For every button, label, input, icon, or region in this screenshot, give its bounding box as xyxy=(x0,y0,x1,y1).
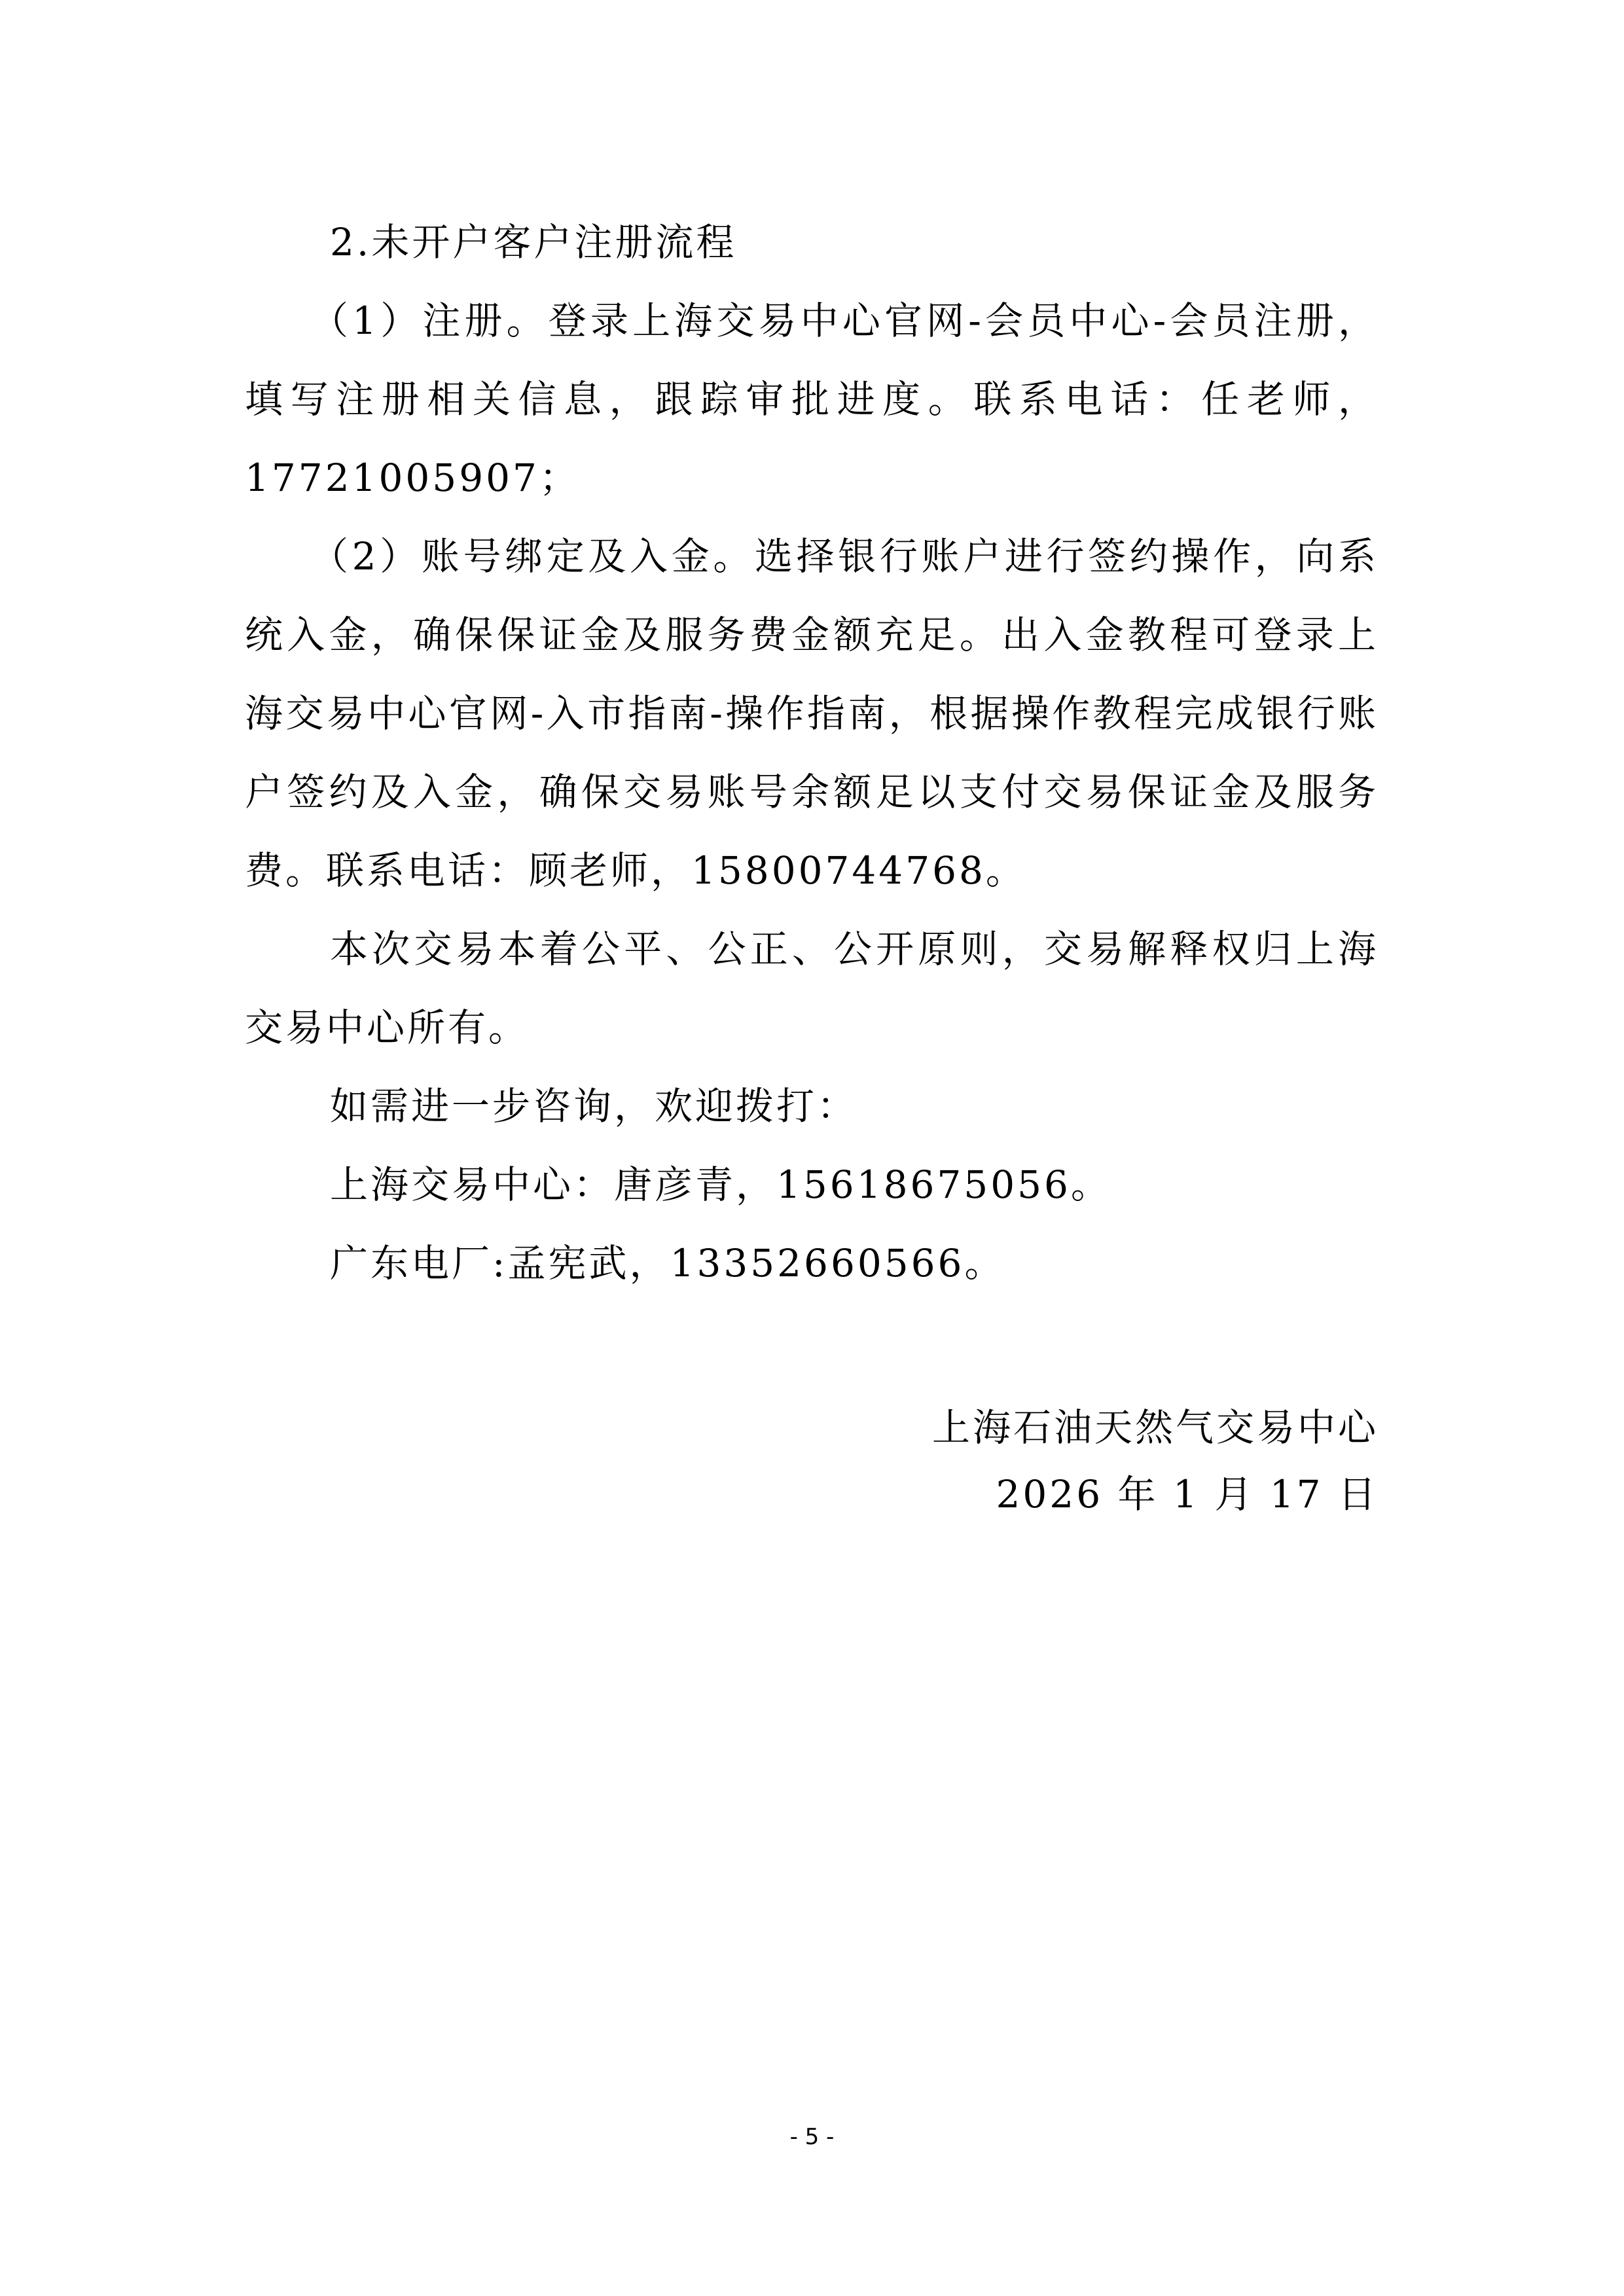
contact-line-guangdong: 广东电厂:孟宪武，13352660566。 xyxy=(245,1224,1379,1302)
page-number: - 5 - xyxy=(0,2124,1624,2150)
contact-intro: 如需进一步咨询，欢迎拨打： xyxy=(245,1067,1379,1145)
paragraph-principles: 本次交易本着公平、公正、公开原则，交易解释权归上海交易中心所有。 xyxy=(245,910,1379,1067)
contact-line-shanghai: 上海交易中心：唐彦青，15618675056。 xyxy=(245,1145,1379,1224)
signature-date: 2026 年 1 月 17 日 xyxy=(932,1461,1379,1528)
paragraph-registration: （1）注册。登录上海交易中心官网-会员中心-会员注册，填写注册相关信息，跟踪审批… xyxy=(245,281,1379,517)
signature-organization: 上海石油天然气交易中心 xyxy=(932,1394,1379,1461)
paragraph-account-binding: （2）账号绑定及入金。选择银行账户进行签约操作，向系统入金，确保保证金及服务费金… xyxy=(245,517,1379,910)
section-heading: 2.未开户客户注册流程 xyxy=(245,203,1379,281)
document-page: 2.未开户客户注册流程 （1）注册。登录上海交易中心官网-会员中心-会员注册，填… xyxy=(0,0,1624,2296)
signature-block: 上海石油天然气交易中心 2026 年 1 月 17 日 xyxy=(932,1394,1379,1528)
document-body: 2.未开户客户注册流程 （1）注册。登录上海交易中心官网-会员中心-会员注册，填… xyxy=(245,203,1379,1302)
